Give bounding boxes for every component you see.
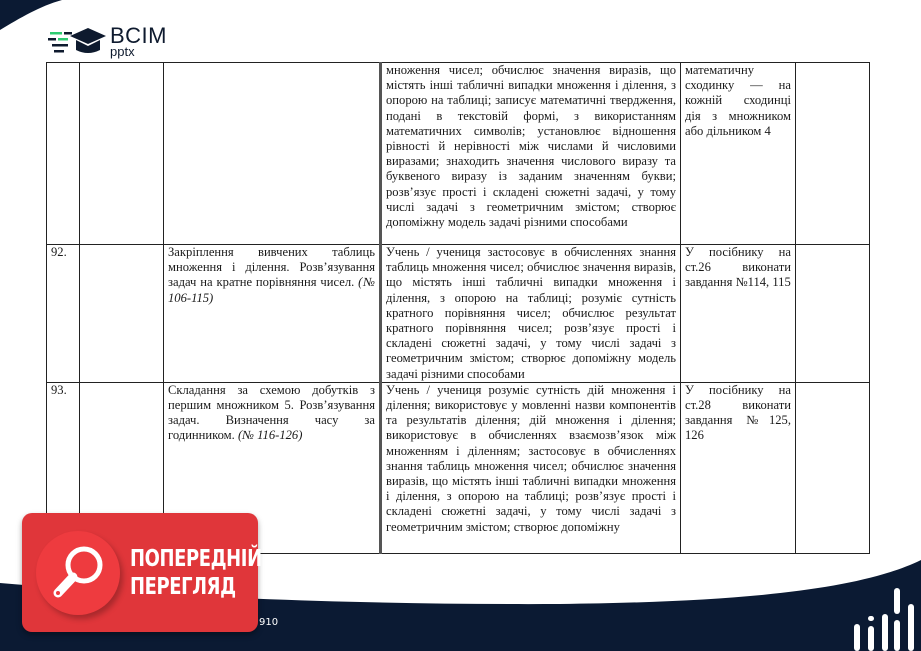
graduation-cap-icon: [48, 24, 106, 58]
homework: математичну сходинку — на кожній сходинц…: [681, 63, 796, 245]
brand-logo: BCIM pptx: [48, 24, 167, 58]
brand-bars-icon: [848, 584, 918, 651]
lesson-topic: [164, 63, 381, 245]
table-row: множення чисел; обчислює значення виразі…: [47, 63, 870, 245]
learning-outcomes: Учень / учениця застосовує в обчисленнях…: [381, 245, 681, 383]
notes-cell: [796, 245, 870, 383]
preview-label: ПОПЕРЕДНІЙ ПЕРЕГЛЯД: [130, 545, 262, 601]
learning-outcomes: множення чисел; обчислює значення виразі…: [381, 63, 681, 245]
page-number: 910: [259, 617, 278, 628]
notes-cell: [796, 63, 870, 245]
date-cell: [80, 245, 164, 383]
table-row: 92. Закріплення вивчених таблиць множенн…: [47, 245, 870, 383]
learning-outcomes: Учень / учениця розуміє сутність дій мно…: [381, 382, 681, 553]
lesson-number: [47, 63, 80, 245]
homework: У посібнику на ст.28 виконати завдання №…: [681, 382, 796, 553]
lesson-topic: Закріплення вивчених таблиць множення і …: [164, 245, 381, 383]
topic-text: Закріплення вивчених таблиць множення і …: [168, 245, 375, 289]
preview-badge[interactable]: ПОПЕРЕДНІЙ ПЕРЕГЛЯД: [22, 513, 258, 632]
logo-subtitle: pptx: [110, 45, 167, 58]
magnifier-icon: [36, 531, 120, 615]
notes-cell: [796, 382, 870, 553]
date-cell: [80, 63, 164, 245]
homework: У посібнику на ст.26 виконати завдання №…: [681, 245, 796, 383]
lesson-plan-table: множення чисел; обчислює значення виразі…: [46, 62, 870, 554]
lesson-number: 92.: [47, 245, 80, 383]
exercise-reference: (№ 116-126): [238, 428, 302, 442]
